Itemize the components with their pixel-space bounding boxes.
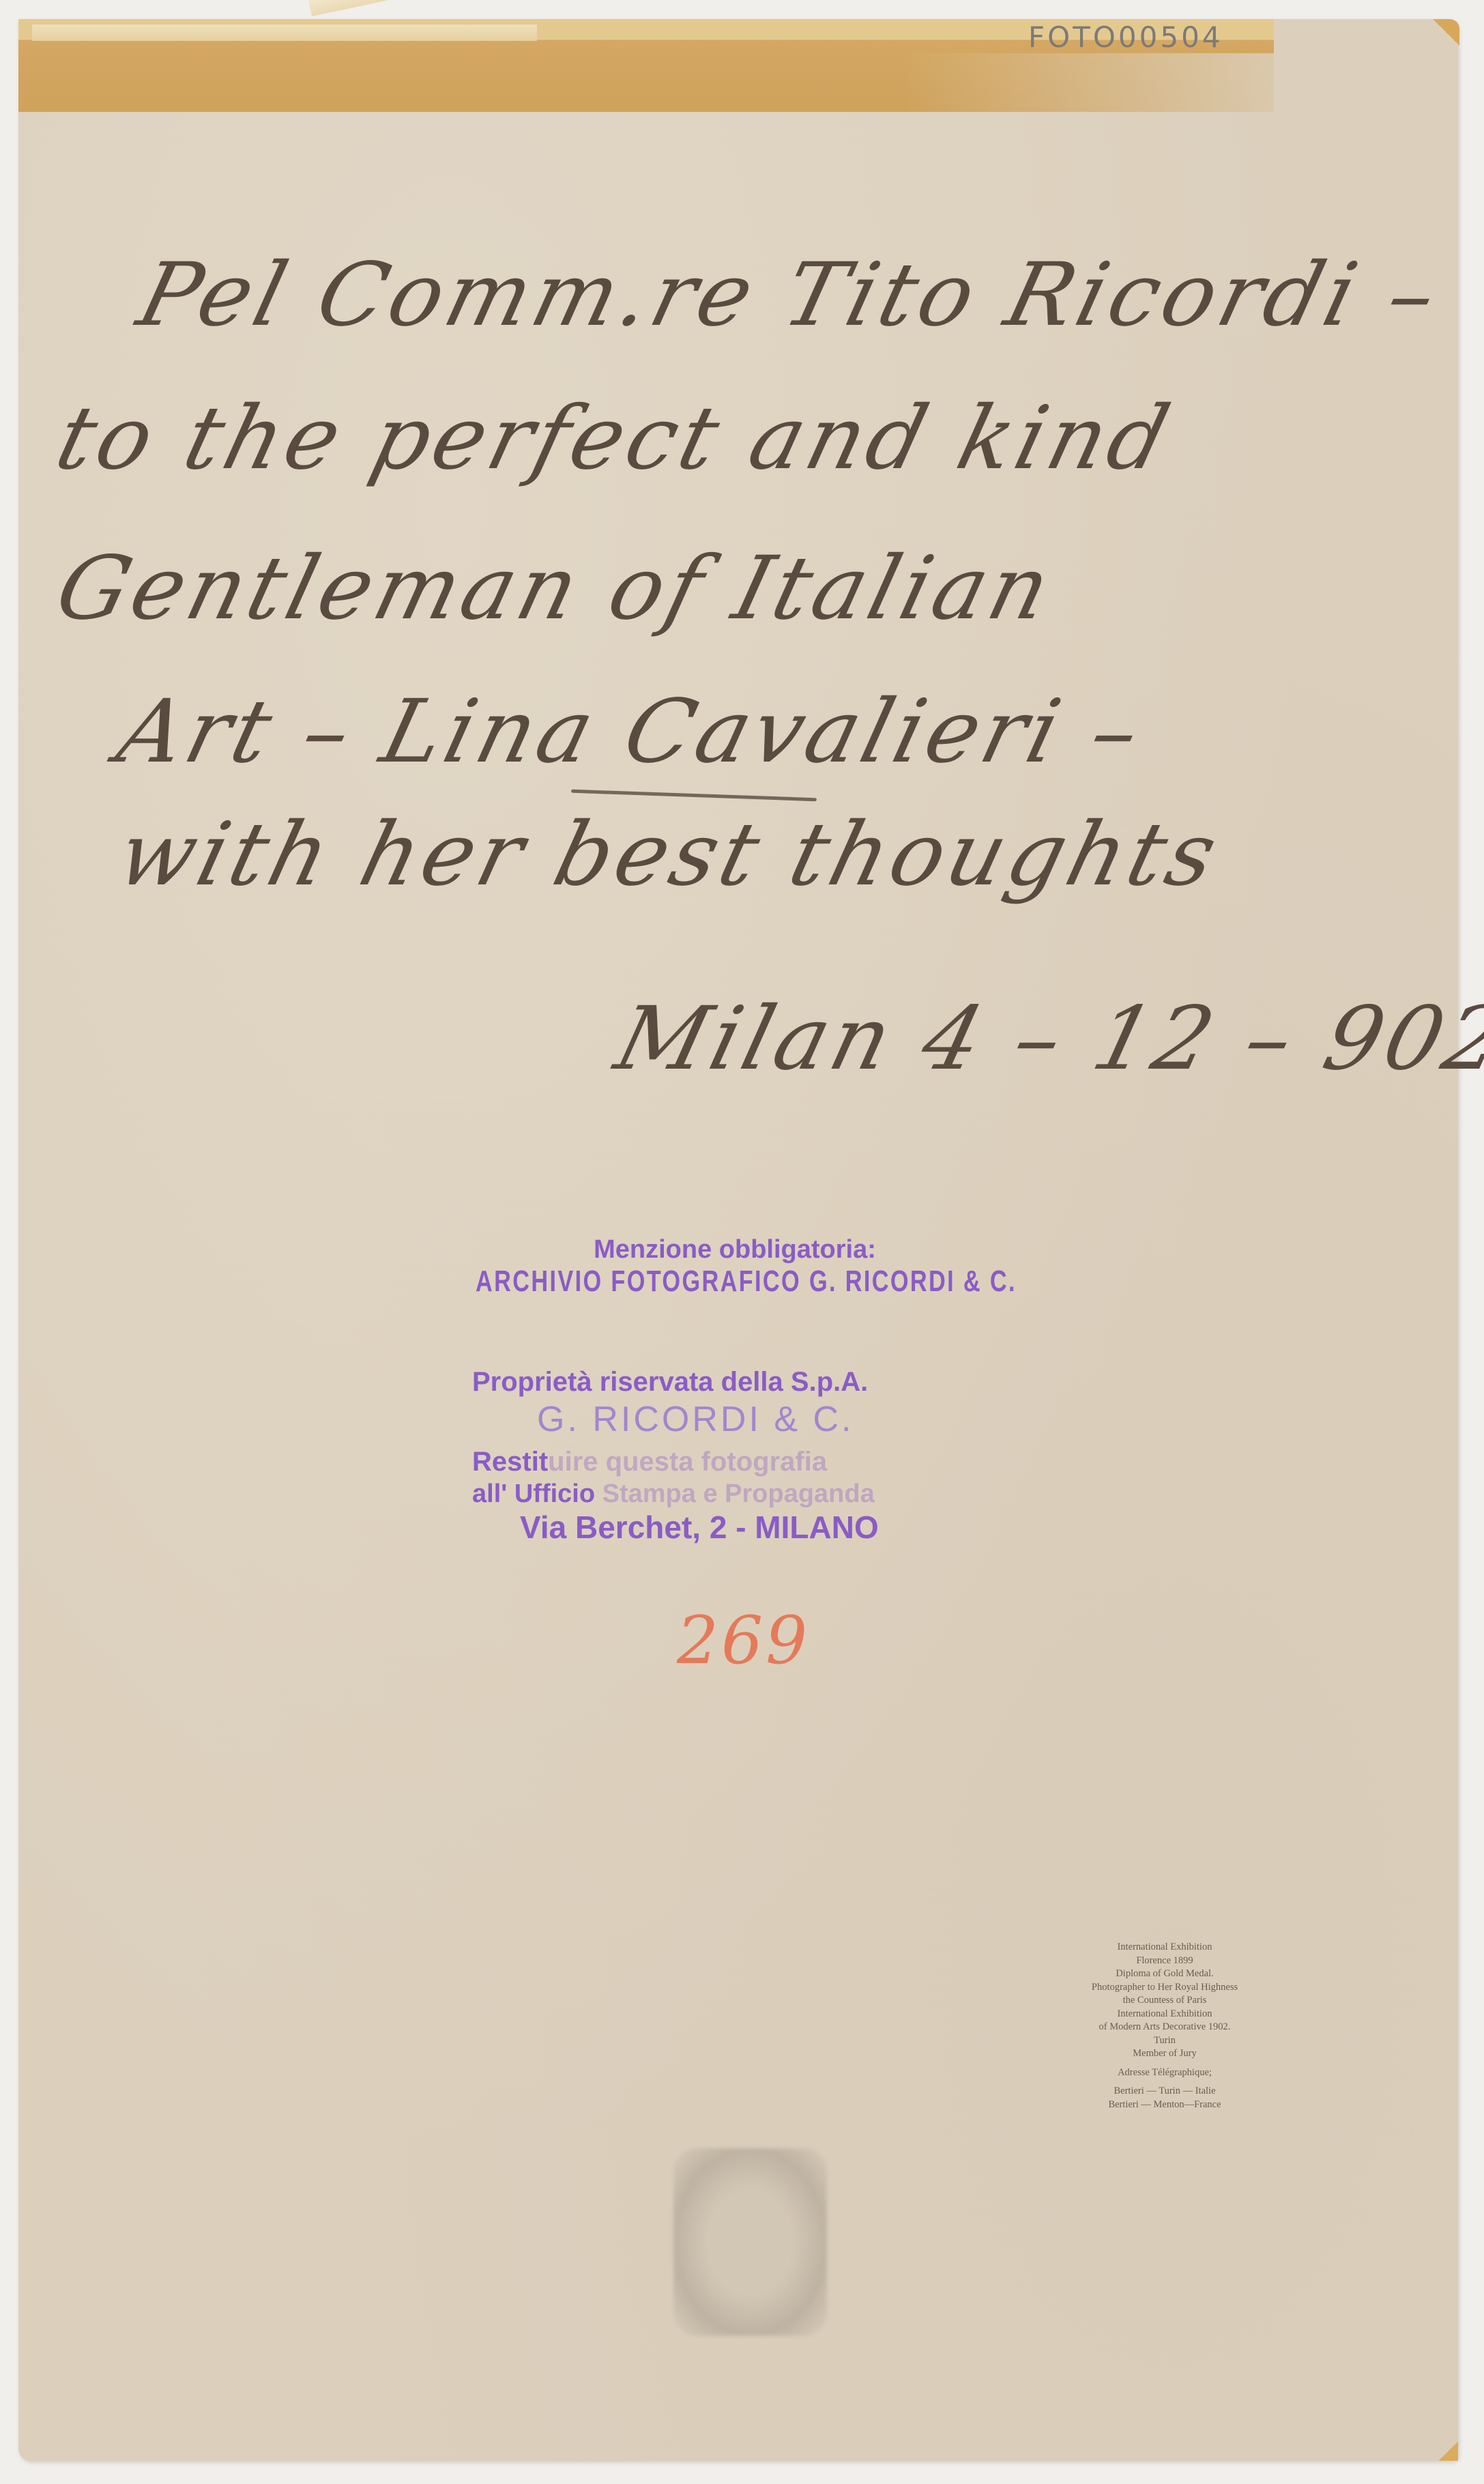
stamp-property-line-1: Proprietà riservata della S.p.A. <box>472 1367 868 1398</box>
worn-corner-top-right <box>1427 19 1459 52</box>
stamp-credit-archive: ARCHIVIO FOTOGRAFICO G. RICORDI & C. <box>476 1265 886 1299</box>
faded-blind-stamp <box>673 2148 827 2336</box>
peeling-tape <box>308 0 686 16</box>
inscription-line-5: with her best thoughts <box>108 804 1230 906</box>
stamp-property-line-2: G. RICORDI & C. <box>537 1399 854 1440</box>
photographer-imprint: International Exhibition Florence 1899 D… <box>1042 1941 1287 2111</box>
crayon-inventory-number: 269 <box>677 1602 810 1679</box>
imprint-spacer <box>1042 2061 1287 2066</box>
archive-id-pencil: FOTO00504 <box>1028 20 1223 54</box>
imprint-telegraph-label: Adresse Télégraphique; <box>1042 2066 1287 2080</box>
imprint-line: Florence 1899 <box>1042 1954 1287 1968</box>
inscription-line-4: Art – Lina Cavalieri – <box>108 681 1153 783</box>
imprint-line: Member of Jury <box>1042 2047 1287 2061</box>
imprint-line: Turin <box>1042 2034 1287 2048</box>
stamp-property-address: Via Berchet, 2 - MILANO <box>520 1509 879 1546</box>
stamp-credit-heading: Menzione obbligatoria: <box>482 1235 987 1265</box>
tape-glossy-edge <box>32 25 537 41</box>
imprint-line: the Countess of Paris <box>1042 1994 1287 2008</box>
inscription-line-1: Pel Comm.re Tito Ricordi – <box>128 244 1450 346</box>
imprint-spacer <box>1042 2079 1287 2085</box>
imprint-telegraph-line: Bertieri — Menton—France <box>1042 2098 1287 2112</box>
inscription-line-2: to the perfect and kind <box>46 388 1182 489</box>
signature-underline <box>571 790 817 802</box>
worn-corner-bottom-right <box>1431 2434 1458 2461</box>
imprint-telegraph-line: Bertieri — Turin — Italie <box>1042 2085 1287 2098</box>
imprint-line: of Modern Arts Decorative 1902. <box>1042 2021 1287 2034</box>
imprint-line: Photographer to Her Royal Highness <box>1042 1981 1287 1995</box>
stamp-property-line-3: Restituire questa fotografia <box>472 1447 827 1477</box>
stamp-property-line-4: all' Ufficio Stampa e Propaganda <box>472 1479 875 1509</box>
photo-mount-card: FOTO00504 Pel Comm.re Tito Ricordi – to … <box>18 19 1458 2461</box>
imprint-line: International Exhibition <box>1042 2008 1287 2021</box>
inscription-date: Milan 4 – 12 – 902 <box>606 988 1484 1090</box>
imprint-line: Diploma of Gold Medal. <box>1042 1967 1287 1981</box>
inscription-line-3: Gentleman of Italian <box>46 538 1064 639</box>
imprint-line: International Exhibition <box>1042 1941 1287 1954</box>
tape-faded-end <box>905 53 1287 112</box>
